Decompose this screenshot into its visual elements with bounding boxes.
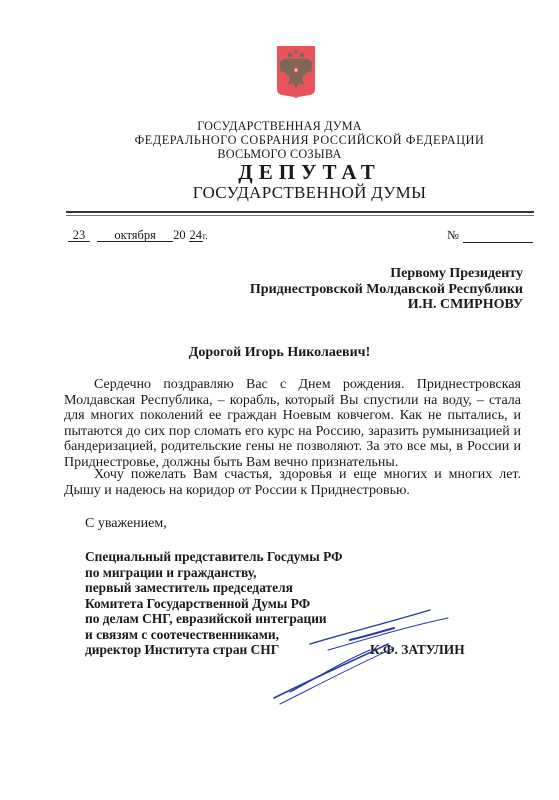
letterhead-divider [66, 211, 534, 213]
date-line: 23 октября20 24г. [68, 228, 208, 243]
body-paragraph: Хочу пожелать Вам счастья, здоровья и ещ… [64, 467, 521, 498]
document-number: № [447, 228, 533, 243]
addressee-line: Первому Президенту [250, 266, 523, 282]
date-year-mark: г. [203, 231, 208, 241]
number-value [463, 230, 533, 243]
date-month: октября [97, 229, 173, 242]
org-name-line1: ГОСУДАРСТВЕННАЯ ДУМА [0, 119, 559, 134]
addressee-name: И.Н. СМИРНОВУ [250, 297, 523, 313]
closing-salutation: С уважением, [85, 516, 167, 532]
date-day: 23 [68, 229, 90, 242]
letterhead-divider-thin [66, 215, 534, 216]
greeting: Дорогой Игорь Николаевич! [0, 345, 559, 361]
signatory-title-line: первый заместитель председателя [85, 580, 343, 596]
letterhead-title: ДЕПУТАТ [30, 160, 559, 185]
signatory-title-line: по миграции и гражданству, [85, 565, 343, 581]
addressee-line: Приднестровской Молдавской Республики [250, 282, 523, 298]
org-name-line2: ФЕДЕРАЛЬНОГО СОБРАНИЯ РОССИЙСКОЙ ФЕДЕРАЦ… [30, 133, 559, 148]
coat-of-arms-icon [276, 45, 316, 100]
date-year-prefix: 20 [173, 228, 186, 243]
body-paragraph: Сердечно поздравляю Вас с Днем рождения.… [64, 377, 521, 471]
signatory-title-line: Специальный представитель Госдумы РФ [85, 549, 343, 565]
letterhead-subtitle: ГОСУДАРСТВЕННОЙ ДУМЫ [30, 183, 559, 203]
number-label: № [447, 228, 459, 242]
handwritten-signature [270, 600, 510, 710]
date-year-suffix: 24 [189, 229, 203, 242]
addressee-block: Первому Президенту Приднестровской Молда… [250, 266, 523, 313]
